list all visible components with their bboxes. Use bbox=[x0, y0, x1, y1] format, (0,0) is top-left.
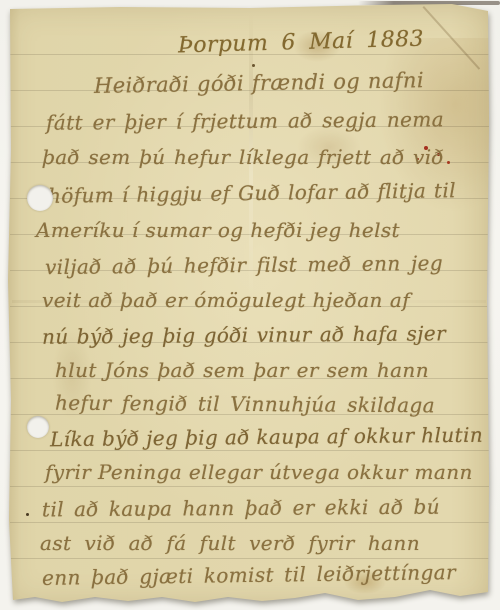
handwriting-line: höfum í higgju ef Guð lofar að flitja ti… bbox=[48, 179, 456, 207]
line-text: það sem þú hefur líklega frjett að við bbox=[42, 146, 444, 168]
line-text: hlut Jóns það sem þar er sem hann bbox=[55, 359, 429, 381]
ink-speck bbox=[252, 64, 255, 67]
line-text: höfum í higgju ef Guð lofar að flitja ti… bbox=[48, 179, 456, 207]
line-text: enn það gjæti komist til leiðrjettíngar bbox=[42, 561, 456, 589]
line-text: Ameríku í sumar og hefði jeg helst bbox=[36, 219, 400, 241]
line-text: fyrir Peninga ellegar útvega okkur mann bbox=[45, 461, 463, 483]
line-text: hefur fengið til Vinnuhjúa skildaga bbox=[55, 392, 435, 417]
handwriting-line: veit að það er ómögulegt hjeðan af bbox=[42, 289, 410, 311]
line-text: viljað að þú hefðir filst með enn jeg bbox=[45, 252, 443, 278]
line-text: Líka býð jeg þig að kaupa af okkur hluti… bbox=[50, 424, 474, 450]
line-text: fátt er þjer í frjettum að segja nema bbox=[46, 108, 444, 133]
handwriting-line: viljað að þú hefðir filst með enn jeg bbox=[45, 252, 443, 278]
letter-paper: Þorpum 6 Maí 1883 Heiðraði góði frændi o… bbox=[0, 0, 500, 610]
line-text: nú býð jeg þig góði vinur að hafa sjer bbox=[42, 322, 446, 348]
red-ink-speck bbox=[447, 161, 450, 164]
line-text: ast við að fá fult verð fyrir hann bbox=[40, 532, 420, 554]
letter-paper-shadow: Þorpum 6 Maí 1883 Heiðraði góði frændi o… bbox=[0, 0, 500, 610]
handwriting-line: fyrir Peninga ellegar útvega okkur mann bbox=[45, 461, 463, 483]
line-text: til að kaupa hann það er ekki að bú bbox=[42, 496, 440, 521]
handwriting-line: ast við að fá fult verð fyrir hann bbox=[40, 532, 420, 554]
ink-speck bbox=[26, 513, 29, 516]
punch-hole bbox=[27, 185, 53, 211]
handwriting-line: Ameríku í sumar og hefði jeg helst bbox=[36, 219, 400, 241]
line-text: veit að það er ómögulegt hjeðan af bbox=[42, 289, 410, 311]
handwriting-line: Líka býð jeg þig að kaupa af okkur hluti… bbox=[50, 424, 474, 450]
scan-background: Þorpum 6 Maí 1883 Heiðraði góði frændi o… bbox=[0, 0, 500, 610]
handwriting-line: til að kaupa hann það er ekki að bú bbox=[42, 496, 440, 521]
handwriting-line: nú býð jeg þig góði vinur að hafa sjer bbox=[42, 322, 446, 348]
handwriting-line: fátt er þjer í frjettum að segja nema bbox=[46, 108, 444, 133]
handwriting-line: hlut Jóns það sem þar er sem hann bbox=[55, 359, 429, 381]
handwriting-line: það sem þú hefur líklega frjett að við bbox=[42, 146, 444, 168]
handwriting-line: enn það gjæti komist til leiðrjettíngar bbox=[42, 561, 456, 589]
punch-hole bbox=[27, 416, 49, 438]
handwriting-line: hefur fengið til Vinnuhjúa skildaga bbox=[55, 392, 435, 417]
